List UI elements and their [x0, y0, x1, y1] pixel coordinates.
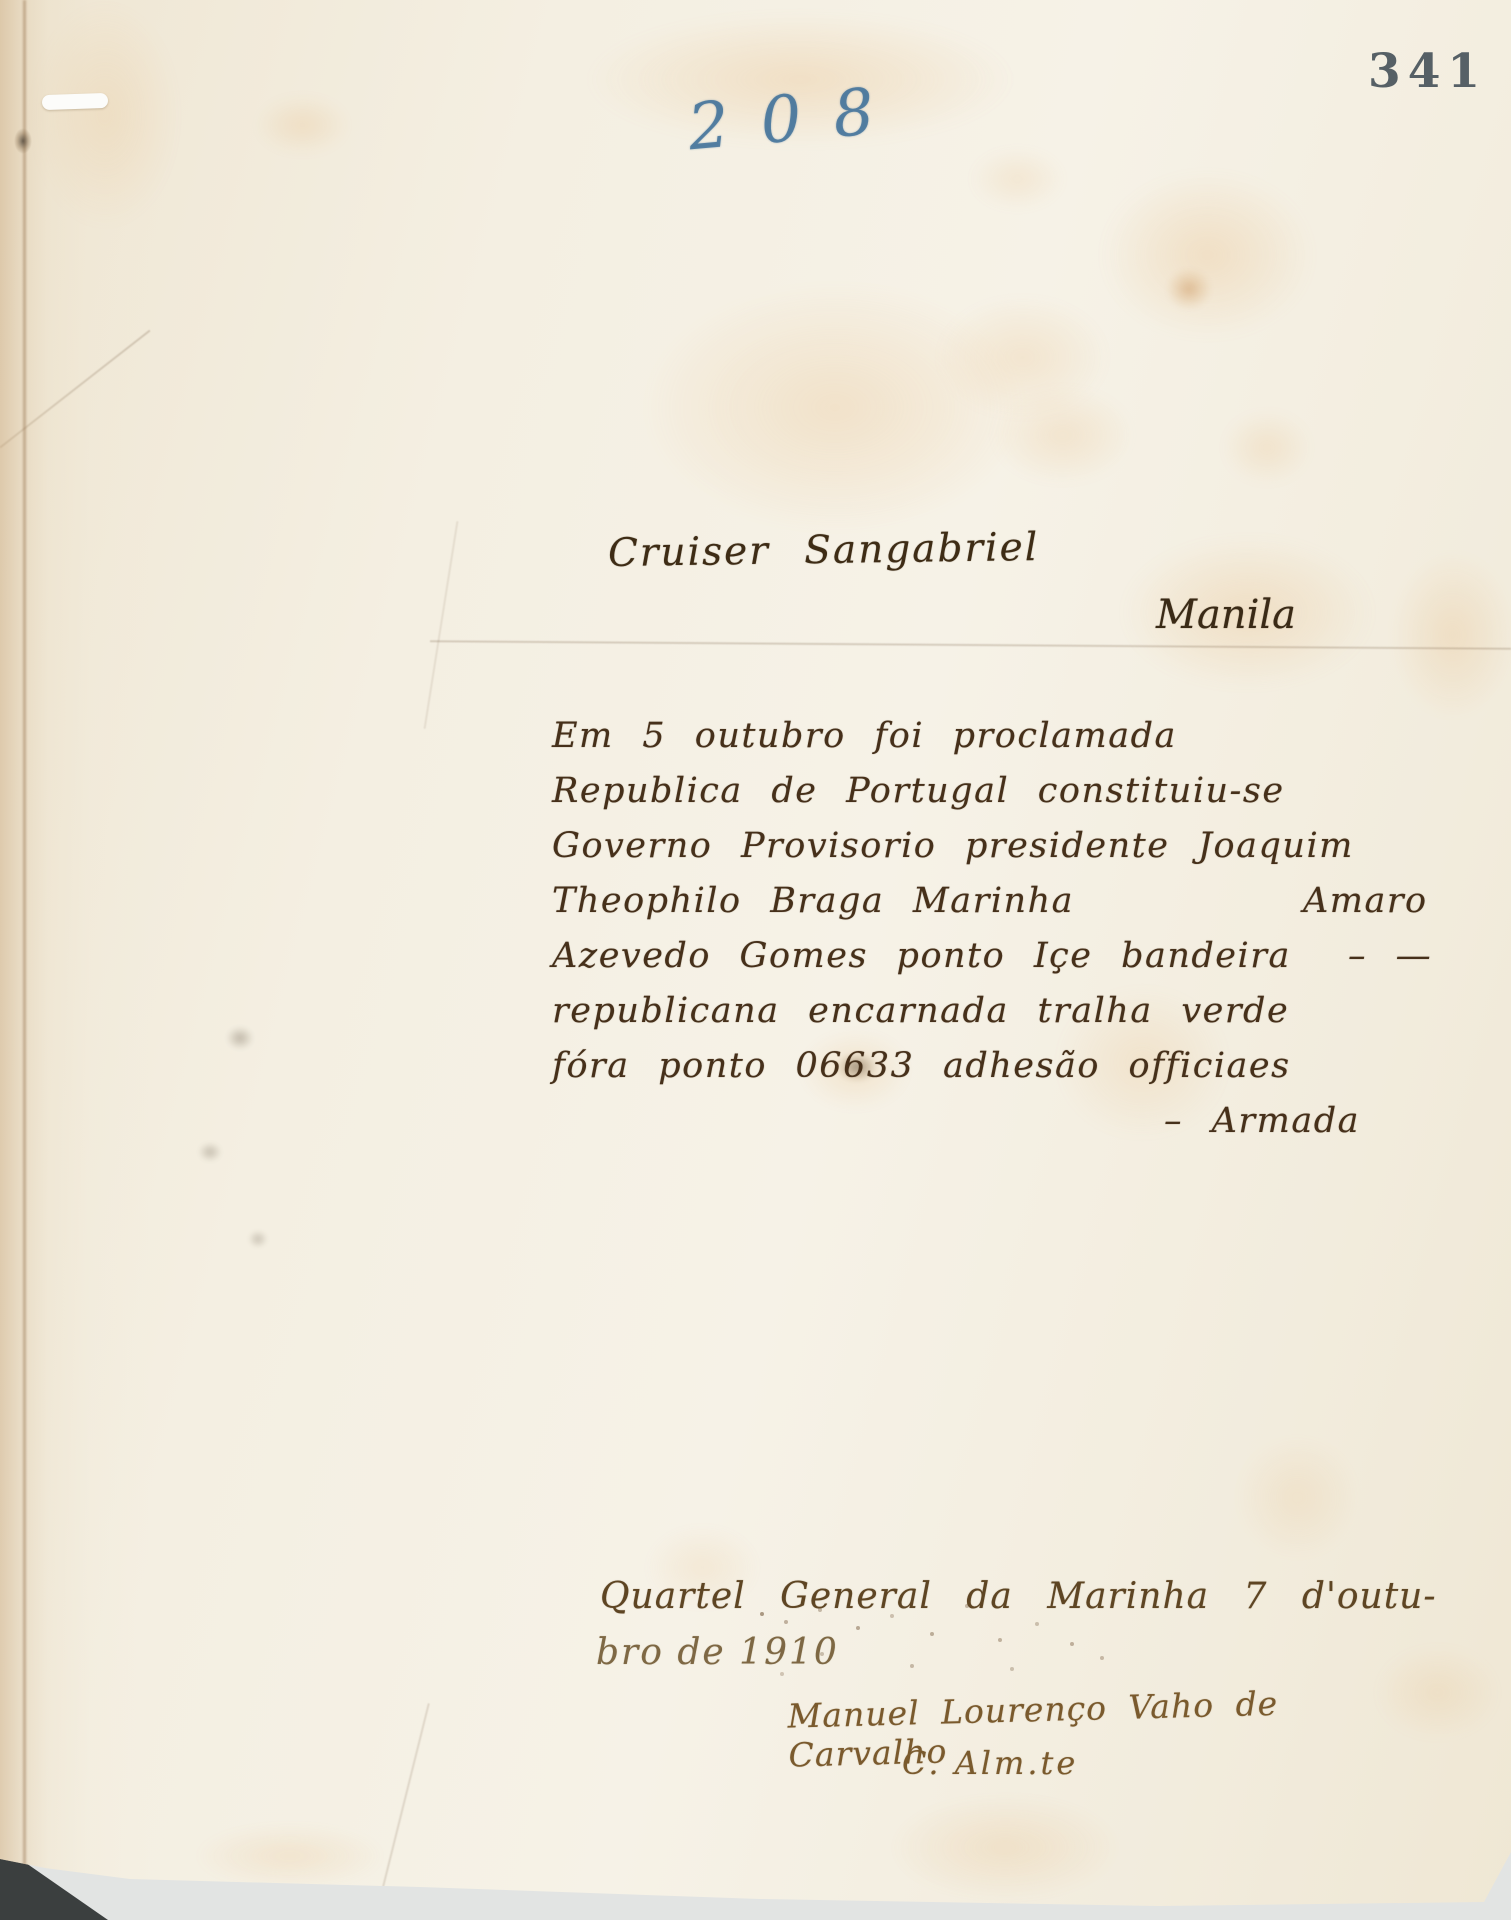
stain	[990, 385, 1135, 485]
signature-rank: C. Alm.te	[902, 1744, 1078, 1782]
body-line: Theophilo Braga Marinha Amaro	[552, 881, 1492, 936]
page-number-stamp: 341	[1368, 44, 1487, 99]
heading-location: Manila	[1156, 592, 1296, 638]
stain	[890, 1795, 1120, 1900]
paper-tear	[42, 93, 108, 110]
stain	[255, 95, 350, 155]
stain	[1390, 550, 1511, 720]
signature: Manuel Lourenço Vaho de Carvalho	[787, 1679, 1449, 1774]
stain	[195, 1825, 385, 1887]
message-body: Em 5 outubro foi proclamada Republica de…	[552, 716, 1492, 1156]
body-line: Governo Provisorio presidente Joaquim	[552, 826, 1492, 881]
stain	[198, 1142, 222, 1162]
stain	[1222, 410, 1312, 485]
stain	[226, 1026, 254, 1050]
stain	[1235, 1435, 1360, 1560]
scanned-document: 341 208 Cruiser Sangabriel Manila Em 5 o…	[0, 0, 1511, 1920]
stain	[1100, 170, 1315, 340]
closing-line-1: Quartel General da Marinha 7 d'outu-	[600, 1576, 1437, 1617]
ink-speckles	[760, 1612, 764, 1616]
closing-line-2: bro de 1910	[596, 1632, 839, 1673]
body-line: Azevedo Gomes ponto Içe bandeira – —	[552, 936, 1492, 991]
heading-ship-name: Cruiser Sangabriel	[608, 525, 1040, 576]
body-line: Republica de Portugal constituiu-se	[552, 771, 1492, 826]
manuscript-page: 341 208 Cruiser Sangabriel Manila Em 5 o…	[0, 0, 1511, 1920]
stain	[248, 1230, 268, 1248]
gutter-crease-line	[23, 0, 26, 1920]
paper-crease	[424, 521, 459, 729]
body-line: fóra ponto 06633 adhesão officiaes	[552, 1046, 1492, 1101]
body-line: republicana encarnada tralha verde	[552, 991, 1492, 1046]
body-line-sender: – Armada	[552, 1101, 1492, 1156]
paper-crease	[372, 1703, 430, 1920]
gutter-dark-spot	[14, 128, 32, 154]
stain	[1166, 268, 1212, 310]
stain	[970, 148, 1065, 210]
body-line: Em 5 outubro foi proclamada	[552, 716, 1492, 771]
